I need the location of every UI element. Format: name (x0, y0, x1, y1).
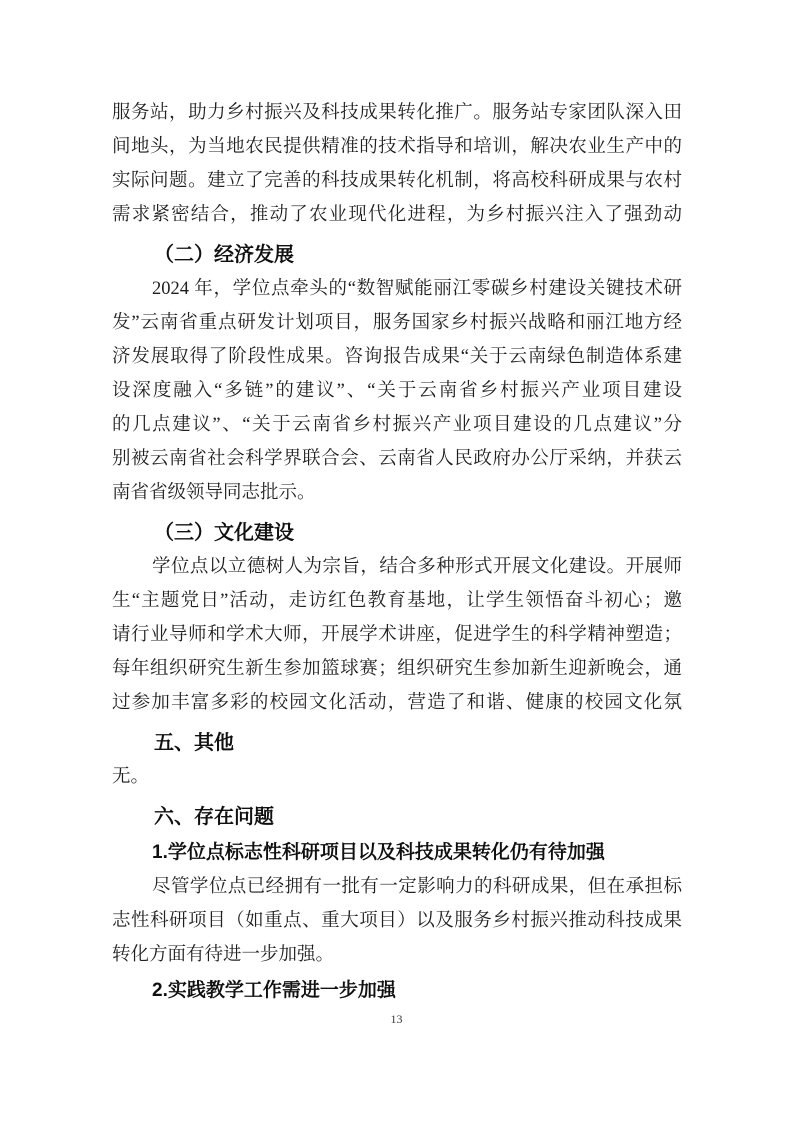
text-line: 服务站，助力乡村振兴及科技成果转化推广。服务站专家团队深入田 (112, 96, 682, 130)
page-footer: 13 (0, 1010, 793, 1028)
page-number: 13 (391, 1012, 403, 1026)
text-line: 过参加丰富多彩的校园文化活动，营造了和谐、健康的校园文化氛围。 (112, 686, 682, 720)
text-line: 间地头，为当地农民提供精准的技术指导和培训，解决农业生产中的 (112, 130, 682, 164)
text-line: 学位点以立德树人为宗旨，结合多种形式开展文化建设。开展师 (112, 550, 682, 584)
text-line: 济发展取得了阶段性成果。咨询报告成果“关于云南绿色制造体系建 (112, 340, 682, 374)
heading-others: 五、其他 (112, 726, 682, 760)
text-line: 生“主题党日”活动，走访红色教育基地，让学生领悟奋斗初心；邀 (112, 584, 682, 618)
para-service-station: 服务站，助力乡村振兴及科技成果转化推广。服务站专家团队深入田间地头，为当地农民提… (112, 96, 682, 232)
text-line: 别被云南省社会科学界联合会、云南省人民政府办公厅采纳，并获云 (112, 442, 682, 476)
text-line: 需求紧密结合，推动了农业现代化进程，为乡村振兴注入了强劲动力。 (112, 198, 682, 232)
para-problem-1: 尽管学位点已经拥有一批有一定影响力的科研成果，但在承担标志性科研项目（如重点、重… (112, 870, 682, 972)
text-line: 转化方面有待进一步加强。 (112, 938, 682, 972)
text-line: 请行业导师和学术大师，开展学术讲座，促进学生的科学精神塑造； (112, 618, 682, 652)
para-economic-development: 2024 年，学位点牵头的“数智赋能丽江零碳乡村建设关键技术研发”云南省重点研发… (112, 272, 682, 510)
document-body: 服务站，助力乡村振兴及科技成果转化推广。服务站专家团队深入田间地头，为当地农民提… (112, 96, 682, 1008)
para-others: 无。 (112, 760, 682, 794)
text-line: 志性科研项目（如重点、重大项目）以及服务乡村振兴推动科技成果 (112, 904, 682, 938)
heading-existing-problems: 六、存在问题 (112, 800, 682, 834)
subheading-problem-1: 1.学位点标志性科研项目以及科技成果转化仍有待加强 (112, 836, 682, 870)
text-line: 2024 年，学位点牵头的“数智赋能丽江零碳乡村建设关键技术研 (112, 272, 682, 306)
document-page: 服务站，助力乡村振兴及科技成果转化推广。服务站专家团队深入田间地头，为当地农民提… (0, 0, 793, 1122)
text-line: 实际问题。建立了完善的科技成果转化机制，将高校科研成果与农村 (112, 164, 682, 198)
text-line: 无。 (112, 760, 682, 794)
para-cultural-construction: 学位点以立德树人为宗旨，结合多种形式开展文化建设。开展师生“主题党日”活动，走访… (112, 550, 682, 720)
text-line: 每年组织研究生新生参加篮球赛；组织研究生参加新生迎新晚会，通 (112, 652, 682, 686)
text-line: 发”云南省重点研发计划项目，服务国家乡村振兴战略和丽江地方经 (112, 306, 682, 340)
text-line: 南省省级领导同志批示。 (112, 476, 682, 510)
text-line: 设深度融入“多链”的建议”、“关于云南省乡村振兴产业项目建设 (112, 374, 682, 408)
subheading-problem-2: 2.实践教学工作需进一步加强 (112, 974, 682, 1008)
text-line: 的几点建议”、“关于云南省乡村振兴产业项目建设的几点建议”分 (112, 408, 682, 442)
heading-economic-development: （二）经济发展 (112, 238, 682, 272)
heading-cultural-construction: （三）文化建设 (112, 516, 682, 550)
text-line: 尽管学位点已经拥有一批有一定影响力的科研成果，但在承担标 (112, 870, 682, 904)
